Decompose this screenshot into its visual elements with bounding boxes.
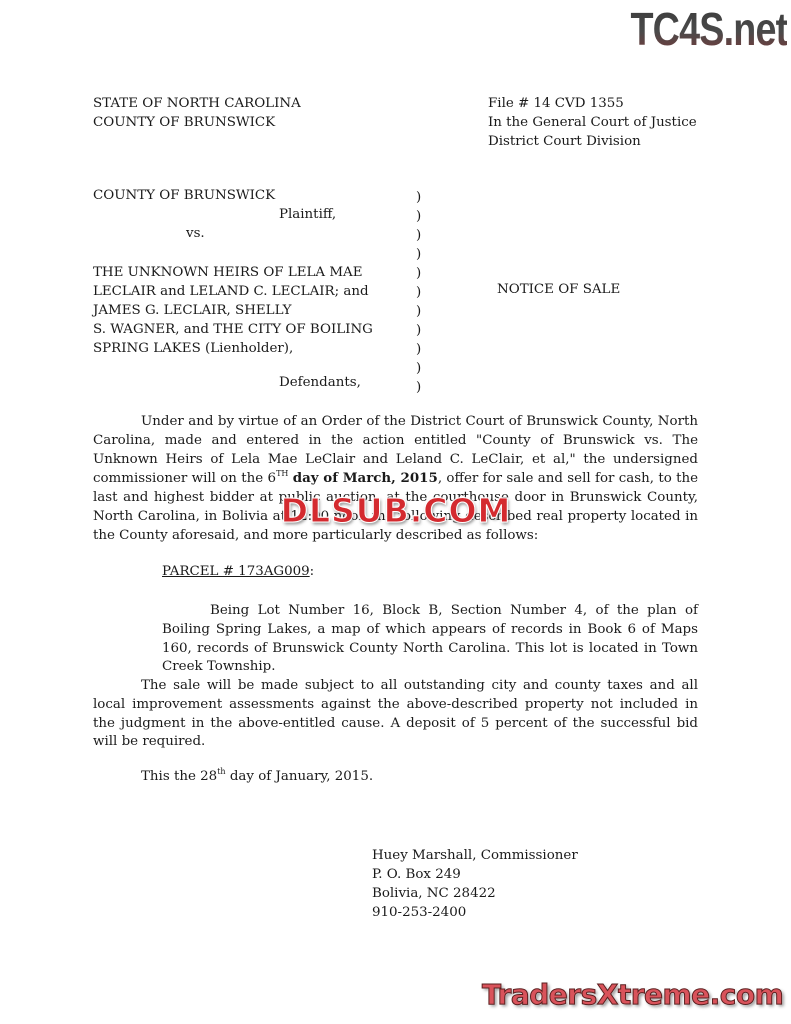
watermark-tc4s: TC4S.net bbox=[630, 2, 787, 56]
defendant-line: SPRING LAKES (Lienholder), bbox=[93, 339, 373, 358]
watermark-tradersxtreme: TradersXtreme.com bbox=[482, 978, 783, 1011]
parcel-description-text: Being Lot Number 16, Block B, Section Nu… bbox=[162, 602, 698, 677]
defendant-line: S. WAGNER, and THE CITY OF BOILING bbox=[93, 320, 373, 339]
defendants-names: THE UNKNOWN HEIRS OF LELA MAE LECLAIR an… bbox=[93, 263, 373, 358]
defendant-line: THE UNKNOWN HEIRS OF LELA MAE bbox=[93, 263, 373, 282]
phone-number: 910-253-2400 bbox=[372, 903, 578, 922]
parcel-description: Being Lot Number 16, Block B, Section Nu… bbox=[162, 602, 698, 677]
po-box: P. O. Box 249 bbox=[372, 865, 578, 884]
city-state-zip: Bolivia, NC 28422 bbox=[372, 884, 578, 903]
signature-block: Huey Marshall, Commissioner P. O. Box 24… bbox=[372, 846, 578, 922]
parcel-heading: PARCEL # 173AG009: bbox=[162, 564, 314, 579]
watermark-dlsub: DLSUB.COM bbox=[259, 493, 533, 529]
county-line: COUNTY OF BRUNSWICK bbox=[93, 113, 301, 132]
ordinal-suffix: TH bbox=[276, 469, 288, 478]
dated-line: This the 28th day of January, 2015. bbox=[141, 769, 373, 784]
paren: ) bbox=[416, 340, 421, 359]
paren: ) bbox=[416, 359, 421, 378]
commissioner-name: Huey Marshall, Commissioner bbox=[372, 846, 578, 865]
ordinal-suffix: th bbox=[217, 767, 225, 776]
dated-text: This the 28 bbox=[141, 769, 217, 784]
dated-text-end: day of January, 2015. bbox=[226, 769, 374, 784]
state-line: STATE OF NORTH CAROLINA bbox=[93, 94, 301, 113]
versus-label: vs. bbox=[186, 226, 205, 241]
paren: ) bbox=[416, 302, 421, 321]
defendant-line: JAMES G. LECLAIR, SHELLY bbox=[93, 301, 373, 320]
paren: ) bbox=[416, 188, 421, 207]
terms-text: The sale will be made subject to all out… bbox=[93, 677, 698, 752]
defendant-line: LECLAIR and LELAND C. LECLAIR; and bbox=[93, 282, 373, 301]
terms-paragraph: The sale will be made subject to all out… bbox=[93, 677, 698, 752]
paren: ) bbox=[416, 378, 421, 397]
court-division: District Court Division bbox=[488, 132, 697, 151]
paren: ) bbox=[416, 264, 421, 283]
document-title: NOTICE OF SALE bbox=[497, 282, 620, 297]
parcel-number: PARCEL # 173AG009 bbox=[162, 564, 310, 579]
sale-date: day of March, 2015 bbox=[293, 470, 438, 486]
notice-of-sale-document: TC4S.net STATE OF NORTH CAROLINA COUNTY … bbox=[0, 0, 791, 1024]
paren: ) bbox=[416, 321, 421, 340]
paren: ) bbox=[416, 245, 421, 264]
file-number: File # 14 CVD 1355 bbox=[488, 94, 697, 113]
parcel-colon: : bbox=[310, 564, 315, 579]
state-county-heading: STATE OF NORTH CAROLINA COUNTY OF BRUNSW… bbox=[93, 94, 301, 132]
caption-parentheses: ) ) ) ) ) ) ) ) ) ) ) bbox=[416, 188, 421, 397]
defendants-label: Defendants, bbox=[279, 375, 361, 390]
file-info: File # 14 CVD 1355 In the General Court … bbox=[488, 94, 697, 151]
court-name: In the General Court of Justice bbox=[488, 113, 697, 132]
plaintiff-name: COUNTY OF BRUNSWICK bbox=[93, 188, 275, 203]
paren: ) bbox=[416, 283, 421, 302]
paren: ) bbox=[416, 207, 421, 226]
paren: ) bbox=[416, 226, 421, 245]
plaintiff-label: Plaintiff, bbox=[279, 207, 336, 222]
